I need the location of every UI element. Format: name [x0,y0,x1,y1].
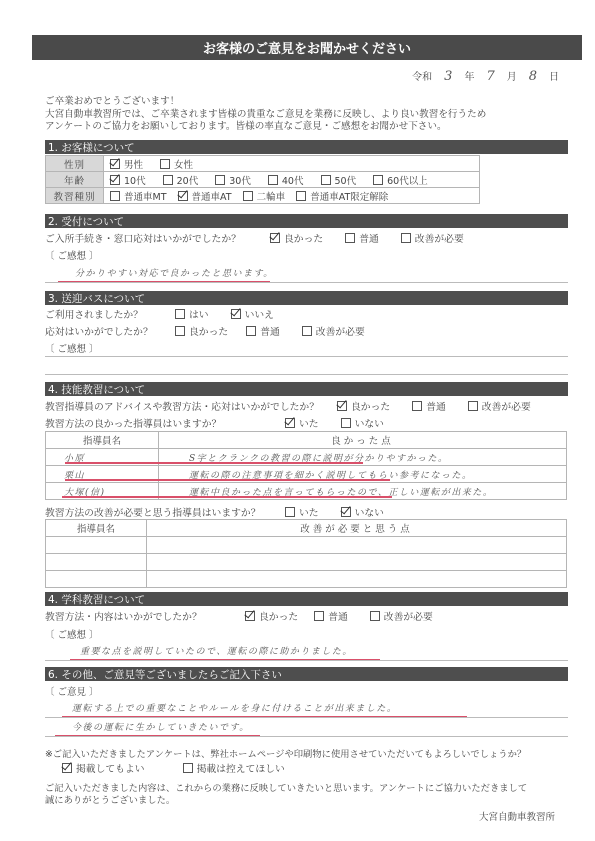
instructor-name-cell[interactable] [46,537,147,554]
date-month-label: 月 [507,68,517,83]
checkbox-improve-instructor-no[interactable]: いない [341,505,384,519]
good-instructor-question: 教習方法の良かった指導員はいますか？ [45,416,285,430]
course-type-options: 普通車MT 普通車AT 二輪車 普通車AT限定解除 [104,188,480,204]
table-row [46,537,567,554]
checkbox-checked-icon [337,401,347,411]
checkbox-empty-icon [268,175,278,185]
age-row: 年齢 10代 20代 30代 40代 50代 60代以上 [46,172,480,188]
checkbox-empty-icon [183,763,193,773]
good-instructor-table: 指導員名 良かった点 小原 S字とクランクの教習の際に説明が分かりやすかった。 … [45,431,567,500]
comment-line [45,374,568,375]
comment-line [45,717,568,718]
classroom-question-row: 教習方法・内容はいかがでしたか？ 良かった 普通 改善が必要 [45,609,447,623]
option-label: 二輪車 [257,192,286,203]
good-instructor-question-row: 教習方法の良かった指導員はいますか？ いた いない [45,416,398,430]
improve-points-header: 改善が必要と思う点 [147,520,567,537]
checkbox-consent-decline[interactable]: 掲載は控えてほしい [183,761,285,775]
table-header-row: 指導員名 良かった点 [46,432,567,449]
date-year-label: 年 [464,68,474,83]
checkbox-driving-good[interactable]: 良かった [337,399,390,413]
table-header-row: 指導員名 改善が必要と思う点 [46,520,567,537]
age-options: 10代 20代 30代 40代 50代 60代以上 [104,172,480,188]
customer-info-table: 性別 男性 女性 年齢 10代 20代 30代 40代 50代 60代以上 教習… [45,155,480,204]
improve-points-cell[interactable] [147,571,567,588]
option-label: 普通 [426,402,446,413]
checkbox-age-60s-plus[interactable]: 60代以上 [373,173,428,187]
checkbox-bus-average[interactable]: 普通 [246,324,280,338]
intro-text: ご卒業おめでとうございます！ 大宮自動車教習所では、ご卒業されます皆様の貴重なご… [45,96,575,134]
checkbox-reception-needs-improvement[interactable]: 改善が必要 [401,231,464,245]
checkbox-bus-needs-improvement[interactable]: 改善が必要 [302,324,365,338]
checkbox-empty-icon [285,507,295,517]
instructor-name-header: 指導員名 [46,432,159,449]
classroom-question: 教習方法・内容はいかがでしたか？ [45,609,245,623]
other-comment-line-2[interactable]: 今後の運転に生かしていきたいです。 [72,720,250,733]
checkbox-bus-good[interactable]: 良かった [175,324,228,338]
checkbox-empty-icon [215,175,225,185]
driving-instructor-question: 教習指導員のアドバイスや教習方法・応対はいかがでしたか？ [45,399,337,413]
checkbox-checked-icon [62,763,72,773]
bus-usage-row: ご利用されましたか？ はい いいえ [45,307,288,321]
option-label: 男性 [124,160,143,171]
option-label: 30代 [229,176,251,187]
checkbox-motorcycle[interactable]: 二輪車 [243,189,286,203]
bus-service-row: 応対はいかがでしたか？ 良かった 普通 改善が必要 [45,324,379,338]
option-label: 改善が必要 [316,327,365,338]
option-label: 普通車AT [192,192,232,203]
bus-service-question: 応対はいかがでしたか？ [45,324,175,338]
option-label: はい [189,310,209,321]
classroom-comment[interactable]: 重要な点を説明していたので、運転の際に助かりました。 [80,644,353,657]
improve-instructor-question-row: 教習方法の改善が必要と思う指導員はいますか？ いた いない [45,505,398,519]
checkbox-empty-icon [373,175,383,185]
checkbox-empty-icon [412,401,422,411]
checkbox-empty-icon [341,418,351,428]
reception-comment-label: 〔 ご感想 〕 [45,248,99,262]
checkbox-improve-instructor-yes[interactable]: いた [285,505,319,519]
option-label: 普通車AT限定解除 [310,192,388,203]
intro-line: ご卒業おめでとうございます！ [45,96,575,109]
course-type-row: 教習種別 普通車MT 普通車AT 二輪車 普通車AT限定解除 [46,188,480,204]
option-label: 普通 [260,327,280,338]
other-comment-label: 〔 ご意見 〕 [45,684,99,698]
option-label: 60代以上 [387,176,428,187]
checkbox-at-limit-removal[interactable]: 普通車AT限定解除 [296,189,388,203]
checkbox-reception-good[interactable]: 良かった [270,231,323,245]
checkbox-classroom-needs-improvement[interactable]: 改善が必要 [370,609,433,623]
checkbox-consent-ok[interactable]: 掲載してもよい [62,761,145,775]
checkbox-empty-icon [175,326,185,336]
option-label: いない [355,419,384,430]
option-label: 良かった [189,327,228,338]
date-year-value[interactable]: 3 [444,69,452,84]
consent-question: ※ご記入いただきましたアンケートは、弊社ホームページや印刷物に使用させていただい… [45,746,526,760]
intro-line: アンケートのご協力をお願いしております。皆様の率直なご意見・ご感想をお聞かせ下さ… [45,121,575,134]
table-row [46,571,567,588]
checkbox-age-30s[interactable]: 30代 [215,173,251,187]
date-day-label: 日 [549,68,559,83]
checkbox-classroom-good[interactable]: 良かった [245,609,298,623]
footer-line: ご記入いただきました内容は、これからの業務に反映していきたいと思います。アンケー… [45,783,527,795]
option-label: 普通車MT [124,192,167,203]
checkbox-checked-icon [285,418,295,428]
checkbox-age-20s[interactable]: 20代 [163,173,199,187]
section-2-header: 2. 受付について [45,214,568,228]
gender-row: 性別 男性 女性 [46,156,480,172]
section-1-header: 1. お客様について [45,140,568,154]
checkbox-empty-icon [302,326,312,336]
comment-line [45,660,568,661]
option-label: いた [299,419,319,430]
checkbox-empty-icon [246,326,256,336]
checkbox-checked-icon [341,507,351,517]
option-label: 40代 [282,176,304,187]
option-label: 50代 [335,176,357,187]
improve-instructor-question: 教習方法の改善が必要と思う指導員はいますか？ [45,505,285,519]
checkbox-empty-icon [163,175,173,185]
checkbox-age-50s[interactable]: 50代 [321,173,357,187]
table-row [46,554,567,571]
instructor-name-cell[interactable] [46,571,147,588]
intro-line: 大宮自動車教習所では、ご卒業されます皆様の貴重なご意見を業務に反映し、より良い教… [45,109,575,122]
checkbox-checked-icon [245,611,255,621]
comment-line [45,736,568,737]
checkbox-empty-icon [468,401,478,411]
checkbox-empty-icon [243,191,253,201]
checkbox-standard-at[interactable]: 普通車AT [178,189,232,203]
improve-instructor-table: 指導員名 改善が必要と思う点 [45,519,567,588]
driving-instructor-question-row: 教習指導員のアドバイスや教習方法・応対はいかがでしたか？ 良かった 普通 改善が… [45,399,545,413]
option-label: いた [299,508,319,519]
option-label: 改善が必要 [482,402,531,413]
classroom-comment-label: 〔 ご感想 〕 [45,627,99,641]
footer-message: ご記入いただきました内容は、これからの業務に反映していきたいと思います。アンケー… [45,783,527,807]
section-3-header: 3. 送迎バスについて [45,291,568,305]
section-4-header: 4. 技能教習について [45,382,568,396]
option-label: 良かった [259,612,298,623]
other-comment-line-1[interactable]: 運転する上での重要なことやルールを身に付けることが出来ました。 [72,701,397,714]
checkbox-empty-icon [314,611,324,621]
date-field: 令和 3 年 7 月 8 日 [412,68,559,84]
option-label: 普通 [328,612,348,623]
checkbox-checked-icon [110,175,120,185]
checkbox-bus-yes[interactable]: はい [175,307,209,321]
option-label: 10代 [124,176,146,187]
gender-label: 性別 [46,156,104,172]
checkbox-male[interactable]: 男性 [110,157,143,171]
comment-line [45,282,568,283]
bus-comment-label: 〔 ご感想 〕 [45,341,99,355]
date-day-value[interactable]: 8 [529,69,537,84]
footer-line: 誠にありがとうございました。 [45,795,527,807]
good-points-header: 良かった点 [159,432,567,449]
gender-options: 男性 女性 [104,156,480,172]
section-6-header: 6. その他、ご意見等ございましたらご記入下さい [45,667,568,681]
option-label: いない [355,508,384,519]
option-label: 改善が必要 [384,612,433,623]
checkbox-empty-icon [401,233,411,243]
age-label: 年齢 [46,172,104,188]
comment-line [45,356,568,357]
checkbox-reception-average[interactable]: 普通 [345,231,379,245]
red-underline [65,479,390,481]
reception-comment[interactable]: 分かりやすい対応で良かったと思います。 [75,266,274,279]
option-label: 良かった [284,234,323,245]
checkbox-empty-icon [175,309,185,319]
school-signature: 大宮自動車教習所 [479,809,555,823]
checkbox-checked-icon [270,233,280,243]
section-5-header: 4. 学科教習について [45,592,568,606]
form-title: お客様のご意見をお聞かせください [32,35,582,60]
checkbox-age-10s[interactable]: 10代 [110,173,146,187]
date-era: 令和 [412,68,432,83]
improve-points-cell[interactable] [147,554,567,571]
checkbox-empty-icon [345,233,355,243]
option-label: 改善が必要 [415,234,464,245]
option-label: 掲載してもよい [76,764,145,775]
option-label: 良かった [351,402,390,413]
option-label: いいえ [245,310,274,321]
red-underline [62,496,392,498]
checkbox-female[interactable]: 女性 [160,157,193,171]
reception-question: ご入所手続き・窓口応対はいかがでしたか？ [45,231,270,245]
checkbox-bus-no[interactable]: いいえ [231,307,274,321]
checkbox-checked-icon [178,191,188,201]
checkbox-good-instructor-yes[interactable]: いた [285,416,319,430]
checkbox-classroom-average[interactable]: 普通 [314,609,348,623]
instructor-name-cell[interactable] [46,554,147,571]
option-label: 20代 [177,176,199,187]
red-underline [65,462,363,464]
checkbox-empty-icon [296,191,306,201]
checkbox-driving-average[interactable]: 普通 [412,399,446,413]
improve-points-cell[interactable] [147,537,567,554]
option-label: 掲載は控えてほしい [197,764,285,775]
option-label: 女性 [174,160,193,171]
checkbox-empty-icon [110,191,120,201]
checkbox-checked-icon [110,159,120,169]
date-month-value[interactable]: 7 [486,69,494,84]
reception-question-row: ご入所手続き・窓口応対はいかがでしたか？ 良かった 普通 改善が必要 [45,231,478,245]
checkbox-age-40s[interactable]: 40代 [268,173,304,187]
consent-options-row: 掲載してもよい 掲載は控えてほしい [62,761,299,775]
course-type-label: 教習種別 [46,188,104,204]
checkbox-empty-icon [370,611,380,621]
checkbox-empty-icon [160,159,170,169]
instructor-name-header: 指導員名 [46,520,147,537]
checkbox-standard-mt[interactable]: 普通車MT [110,189,167,203]
checkbox-good-instructor-no[interactable]: いない [341,416,384,430]
checkbox-driving-needs-improvement[interactable]: 改善が必要 [468,399,531,413]
option-label: 普通 [359,234,379,245]
bus-usage-question: ご利用されましたか？ [45,307,175,321]
checkbox-checked-icon [231,309,241,319]
checkbox-empty-icon [321,175,331,185]
